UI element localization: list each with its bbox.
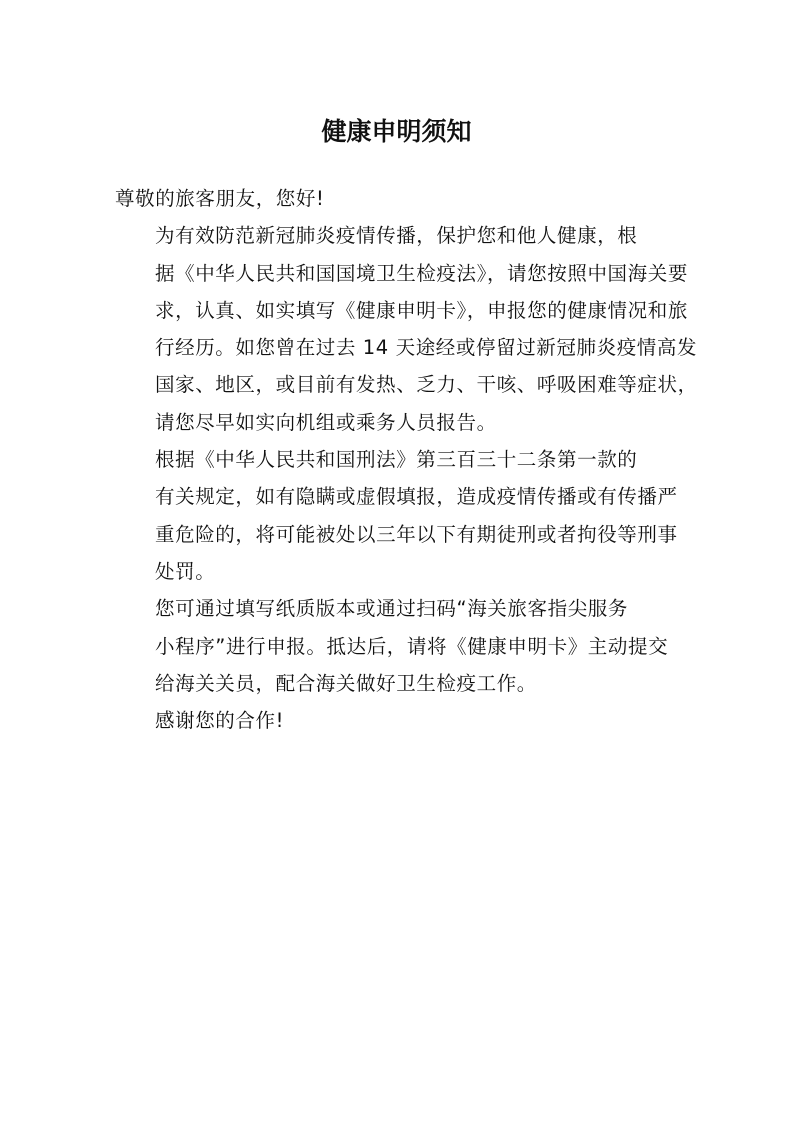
text-line: 有关规定，如有隐瞒或虚假填报，造成疫情传播或有传播严 (115, 478, 681, 515)
paragraph-health-declaration: 为有效防范新冠肺炎疫情传播，保护您和他人健康，根 据《中华人民共和国国境卫生检疫… (115, 217, 681, 441)
text-line: 处罚。 (115, 553, 681, 590)
text-line: 行经历。如您曾在过去 14 天途经或停留过新冠肺炎疫情高发 (115, 329, 681, 366)
text-line: 根据《中华人民共和国刑法》第三百三十二条第一款的 (115, 441, 681, 478)
closing-thanks: 感谢您的合作! (115, 702, 681, 739)
paragraph-submission-instructions: 您可通过填写纸质版本或通过扫码“海关旅客指尖服务 小程序”进行申报。抵达后，请将… (115, 590, 681, 702)
text-line: 据《中华人民共和国国境卫生检疫法》，请您按照中国海关要 (115, 255, 681, 292)
text-line: 感谢您的合作! (115, 702, 681, 739)
text-line: 求，认真、如实填写《健康申明卡》，申报您的健康情况和旅 (115, 292, 681, 329)
text-line: 为有效防范新冠肺炎疫情传播，保护您和他人健康，根 (115, 217, 681, 254)
document-body: 尊敬的旅客朋友，您好! 为有效防范新冠肺炎疫情传播，保护您和他人健康，根 据《中… (115, 180, 681, 739)
document-title: 健康申明须知 (0, 114, 793, 150)
text-line: 重危险的，将可能被处以三年以下有期徒刑或者拘役等刑事 (115, 516, 681, 553)
text-line: 国家、地区，或目前有发热、乏力、干咳、呼吸困难等症状， (115, 366, 681, 403)
document-page: 健康申明须知 尊敬的旅客朋友，您好! 为有效防范新冠肺炎疫情传播，保护您和他人健… (0, 0, 793, 1122)
text-line: 给海关关员，配合海关做好卫生检疫工作。 (115, 665, 681, 702)
text-line: 您可通过填写纸质版本或通过扫码“海关旅客指尖服务 (115, 590, 681, 627)
paragraph-legal-warning: 根据《中华人民共和国刑法》第三百三十二条第一款的 有关规定，如有隐瞒或虚假填报，… (115, 441, 681, 590)
greeting: 尊敬的旅客朋友，您好! (115, 180, 681, 217)
text-line: 请您尽早如实向机组或乘务人员报告。 (115, 404, 681, 441)
text-line: 小程序”进行申报。抵达后，请将《健康申明卡》主动提交 (115, 628, 681, 665)
